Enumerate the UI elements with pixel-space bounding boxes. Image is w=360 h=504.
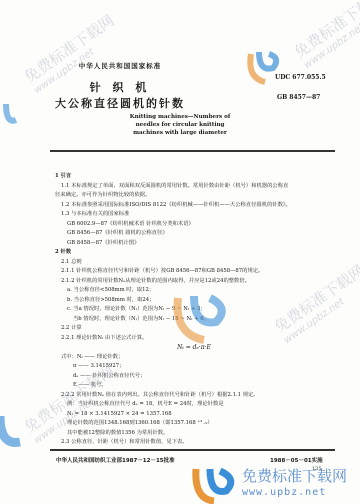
header-divider bbox=[50, 150, 335, 152]
body-line: 式中：Nₜ —— 理论针数； bbox=[55, 353, 333, 363]
body-line: 2.1.1 针织机公称直径代号和针距（机号）按GB 8456—87和GB 845… bbox=[55, 267, 333, 277]
body-line: 其中能被12整除的数值1356 为常用针数。 bbox=[55, 429, 333, 439]
english-title-line: Knitting machines—Numbers of bbox=[80, 113, 280, 121]
up-logo-icon bbox=[0, 100, 22, 140]
body-line: 2.1 总则 bbox=[55, 258, 333, 268]
footer-divider bbox=[50, 449, 335, 451]
body-line: 2.1.2 针织机的常用针数Nₑ从理论针数的范围内取得，并应是12或24的整数倍… bbox=[55, 277, 333, 287]
body-line: 1.3 与本标准有关的国家标准 bbox=[55, 210, 333, 220]
body-line: 理论针数的范围1348.168到1360.168（即1357.168 ⁺³₋₉） bbox=[55, 419, 333, 429]
body-line: 1.1 本标准规定了单面、双面和双反面圆机的常用针数。常用针数由针距（机号）和机… bbox=[55, 182, 333, 192]
english-title: Knitting machines—Numbers of needles for… bbox=[80, 113, 280, 137]
page-number: 135 bbox=[312, 466, 322, 472]
up-logo-icon bbox=[170, 290, 240, 350]
body-line: 2 针数 bbox=[55, 248, 333, 258]
brand-url: www.upbz.net bbox=[242, 487, 326, 498]
implemented-date: 1988－05－01实施 bbox=[270, 456, 323, 464]
body-line: 径来确定。亦可作为针织物比较的依据。 bbox=[55, 191, 333, 201]
title-line-2: 大公称直径圆机的针数 bbox=[0, 95, 240, 111]
up-logo-icon bbox=[245, 48, 285, 88]
body-line: GB 6002.9—87《纺织机械术语 针织机分类和术语》 bbox=[55, 220, 333, 230]
body-line: 2.3 公称直径、针距（机号）和常用针数值，见下表。 bbox=[55, 438, 333, 448]
body-line: 1 引言 bbox=[55, 172, 333, 182]
watermark: 免费标准下载网www.upbz.net bbox=[290, 0, 360, 71]
up-logo-icon bbox=[190, 465, 238, 504]
body-line: 1.2 本标准参照采用国际标准ISO/DIS 8122《纺织机械——针织机——大… bbox=[55, 201, 333, 211]
gb-number: GB 8457—87 bbox=[277, 94, 320, 101]
issued-date: 中华人民共和国纺织工业部1987－12－15批准 bbox=[56, 456, 175, 464]
english-title-line: machines with large diameter bbox=[80, 129, 280, 137]
up-logo-icon bbox=[0, 410, 30, 460]
brand-name: 免费标准下载网 bbox=[242, 465, 347, 486]
body-line: GB 8458—87《针织机计图》 bbox=[55, 239, 333, 249]
english-title-line: needles for circular knitting bbox=[80, 121, 280, 129]
brand-logo: 免费标准下载网 www.upbz.net bbox=[190, 465, 360, 504]
body-line: GB 8456—87《针织机 圆机的公称直径》 bbox=[55, 229, 333, 239]
body-line: Nₜ = 18 × 3.1415927 × 24 = 1357.168 bbox=[55, 410, 333, 420]
